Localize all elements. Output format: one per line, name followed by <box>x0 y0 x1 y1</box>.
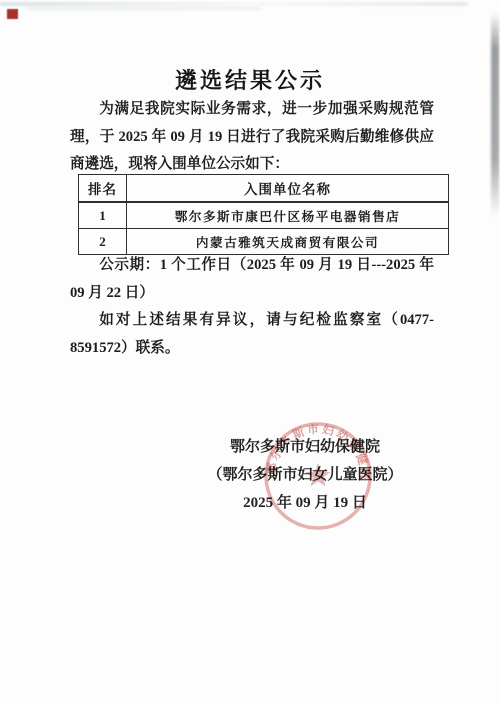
publicity-period-paragraph: 公示期：1 个工作日（2025 年 09 月 19 日---2025 年 09 … <box>70 252 434 307</box>
rank-cell: 2 <box>79 229 127 255</box>
signature-date: 2025 年 09 月 19 日 <box>192 489 418 517</box>
objection-paragraph: 如对上述结果有异议，请与纪检监察室（0477-8591572）联系。 <box>70 307 434 362</box>
scan-streak-artifact <box>0 2 468 6</box>
unit-name-cell: 鄂尔多斯市康巴什区杨平电器销售店 <box>127 202 449 229</box>
column-header-rank: 排名 <box>79 175 127 203</box>
scan-streak-artifact <box>26 7 261 10</box>
scanned-document-page: 遴选结果公示 为满足我院实际业务需求，进一步加强采购规范管理，于 2025 年 … <box>0 0 500 702</box>
signature-block: 鄂尔多斯市妇幼保健院 （鄂尔多斯市妇女儿童医院） 2025 年 09 月 19 … <box>192 433 418 517</box>
table-header-row: 排名 入围单位名称 <box>79 175 449 203</box>
column-header-name: 入围单位名称 <box>127 175 449 203</box>
intro-paragraph: 为满足我院实际业务需求，进一步加强采购规范管理，于 2025 年 09 月 19… <box>70 96 434 179</box>
shortlist-table: 排名 入围单位名称 1 鄂尔多斯市康巴什区杨平电器销售店 2 内蒙古雅筑天成商贸… <box>78 174 449 255</box>
table-row: 1 鄂尔多斯市康巴什区杨平电器销售店 <box>79 202 449 229</box>
scan-edge-shadow <box>491 12 499 217</box>
page-title: 遴选结果公示 <box>0 64 500 95</box>
org-name: 鄂尔多斯市妇幼保健院 <box>192 433 418 461</box>
scan-red-mark <box>7 9 18 19</box>
rank-cell: 1 <box>79 202 127 229</box>
org-alias: （鄂尔多斯市妇女儿童医院） <box>192 461 418 489</box>
table-row: 2 内蒙古雅筑天成商贸有限公司 <box>79 229 449 255</box>
unit-name-cell: 内蒙古雅筑天成商贸有限公司 <box>127 229 449 255</box>
